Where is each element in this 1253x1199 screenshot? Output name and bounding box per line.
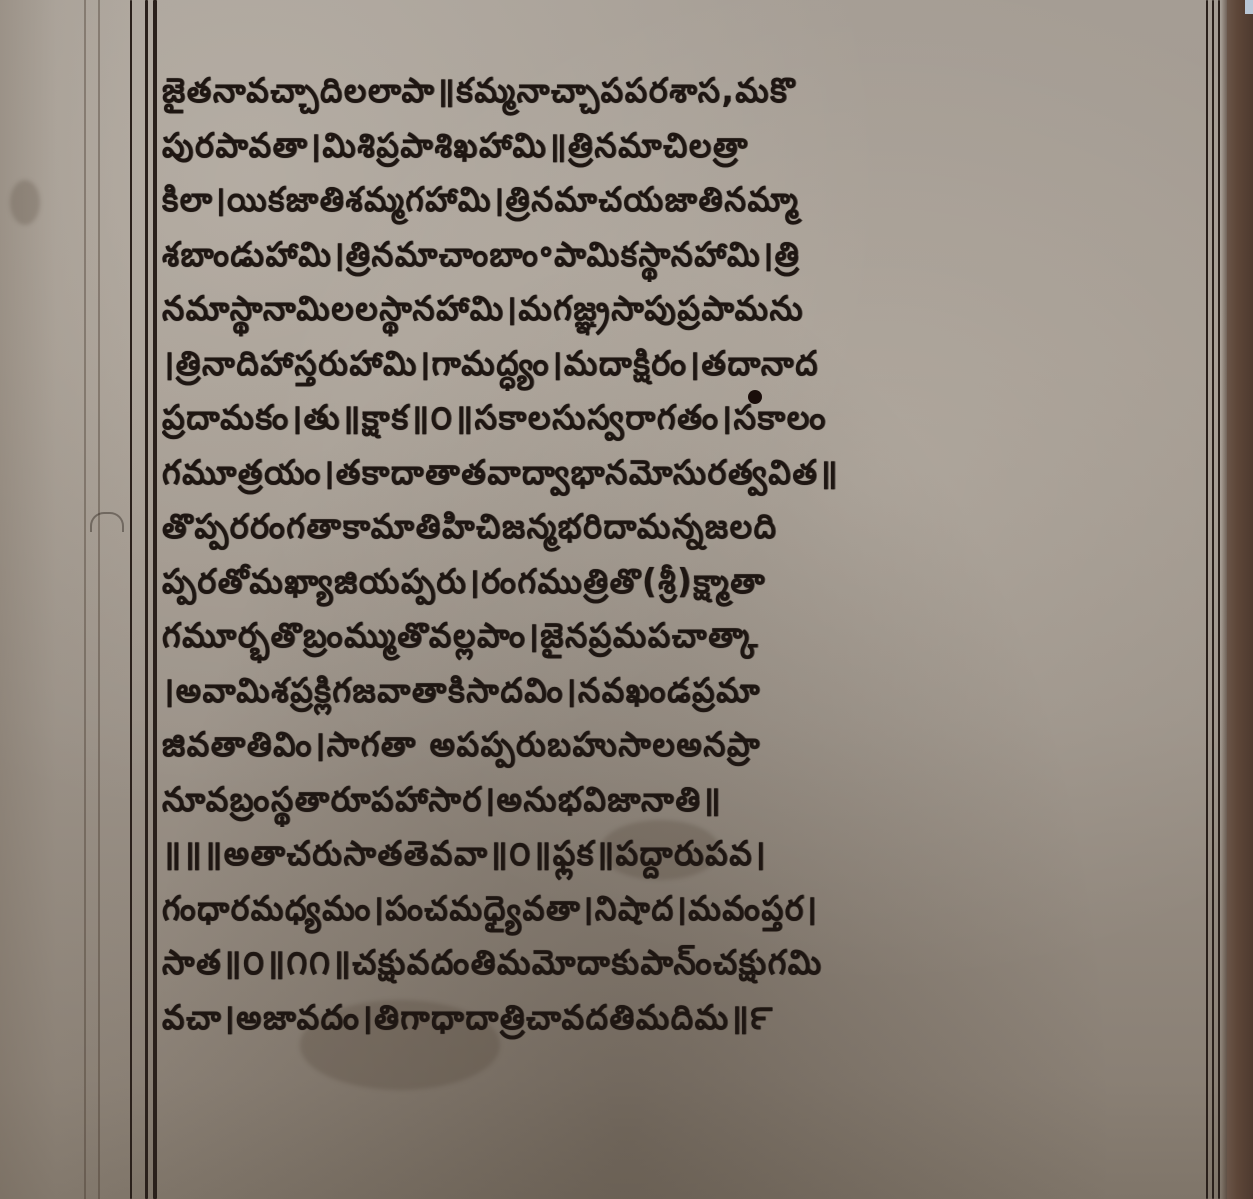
manuscript-text: జైతనావచ్చాదిలలాపా॥కమ్మనాచ్చాపపరశాస,మకొ ప…	[162, 64, 1207, 1045]
faint-left-fold-line	[84, 0, 86, 1199]
text-line-16: గంధారమధ్యమం।పంచమధ్యైవతా।నిషాద।మవంప్తర।	[162, 882, 1103, 937]
text-line-3: కిలా।యికజాతిశమ్మగహామి।త్రినమాచయజాతినమ్మా	[162, 173, 1103, 228]
left-margin-rule-inner	[153, 0, 157, 1199]
text-line-1: జైతనావచ్చాదిలలాపా॥కమ్మనాచ్చాపపరశాస,మకొ	[162, 64, 1123, 119]
text-line-2: పురపావతా।మిశిప్రపాశిఖహామి॥త్రినమాచిలత్రా	[162, 119, 1123, 174]
left-margin-rule-outer	[130, 0, 132, 1199]
text-line-15: ॥॥॥అతాచరుసాతతెవవా॥౦॥ఫ్లక॥పద్దారుపవ।	[162, 827, 1123, 882]
text-line-11: గమూర్భతొబ్రంమ్ముతొవల్లపాం।జైనప్రమపచాత్కా	[162, 609, 1123, 664]
background-corner	[1245, 0, 1253, 14]
text-line-13: జివతాతివిం।సాగతా అపప్పరుబహుసాలఅనప్రా	[162, 718, 1123, 773]
text-line-17: సాత॥౦॥౧౧॥చక్షువదంతిమమోదాకుపాన్ంచక్షుగమి	[162, 936, 1123, 991]
manuscript-page: జైతనావచ్చాదిలలాపా॥కమ్మనాచ్చాపపరశాస,మకొ ప…	[0, 0, 1253, 1199]
text-line-4: శబాండుహామి।త్రినమాచాంబాం॰పామికస్థానహామి।…	[162, 228, 1103, 283]
text-line-8: గమూత్రయం।తకాదాతాతవాద్వాభానమోసురత్వవిత॥	[162, 446, 1123, 501]
text-line-5: నమాస్థానామిలలస్థానహామి।మగజ్ఞ్రసాపుప్రపామ…	[162, 282, 1123, 337]
right-margin-rule-middle	[1212, 0, 1214, 1199]
text-line-6: ।త్రినాదిహాస్తరుహామి।గామద్ధ్యం।మదాక్షిరం…	[162, 337, 1123, 392]
page-edge-binding	[1227, 0, 1253, 1199]
text-line-18: వచా।అజావదం।తిగాధాదాత్రిచావదతిమదిమ॥౯	[162, 991, 1123, 1046]
text-line-9: తొప్పరరంగతాకామాతిహిచిజన్మభరిదామన్నజలది	[162, 500, 1123, 555]
margin-annotation-mark	[90, 512, 124, 532]
stain	[10, 180, 40, 225]
left-margin-rule-middle	[145, 0, 148, 1199]
text-line-10: ప్పరతోమఖ్యాజియప్పరు।రంగముత్రితొ(శ్రీ)క్ష…	[162, 555, 1123, 610]
right-margin-rule-outer	[1218, 0, 1220, 1199]
faint-left-fold-line-2	[98, 0, 100, 1199]
ink-blot	[748, 390, 762, 404]
text-line-12: ।అవామిశప్రక్లిగజవాతాకిసాదవిం।నవఖండప్రమా	[162, 664, 1123, 719]
text-line-14: నూవబ్రంస్థతారూపహాసార।అనుభవిజానాతి॥	[162, 773, 1123, 828]
text-line-7: ప్రదామకం।తు॥క్షాక॥౦॥సకాలసుస్వరాగతం।సకాలం	[162, 391, 1134, 446]
